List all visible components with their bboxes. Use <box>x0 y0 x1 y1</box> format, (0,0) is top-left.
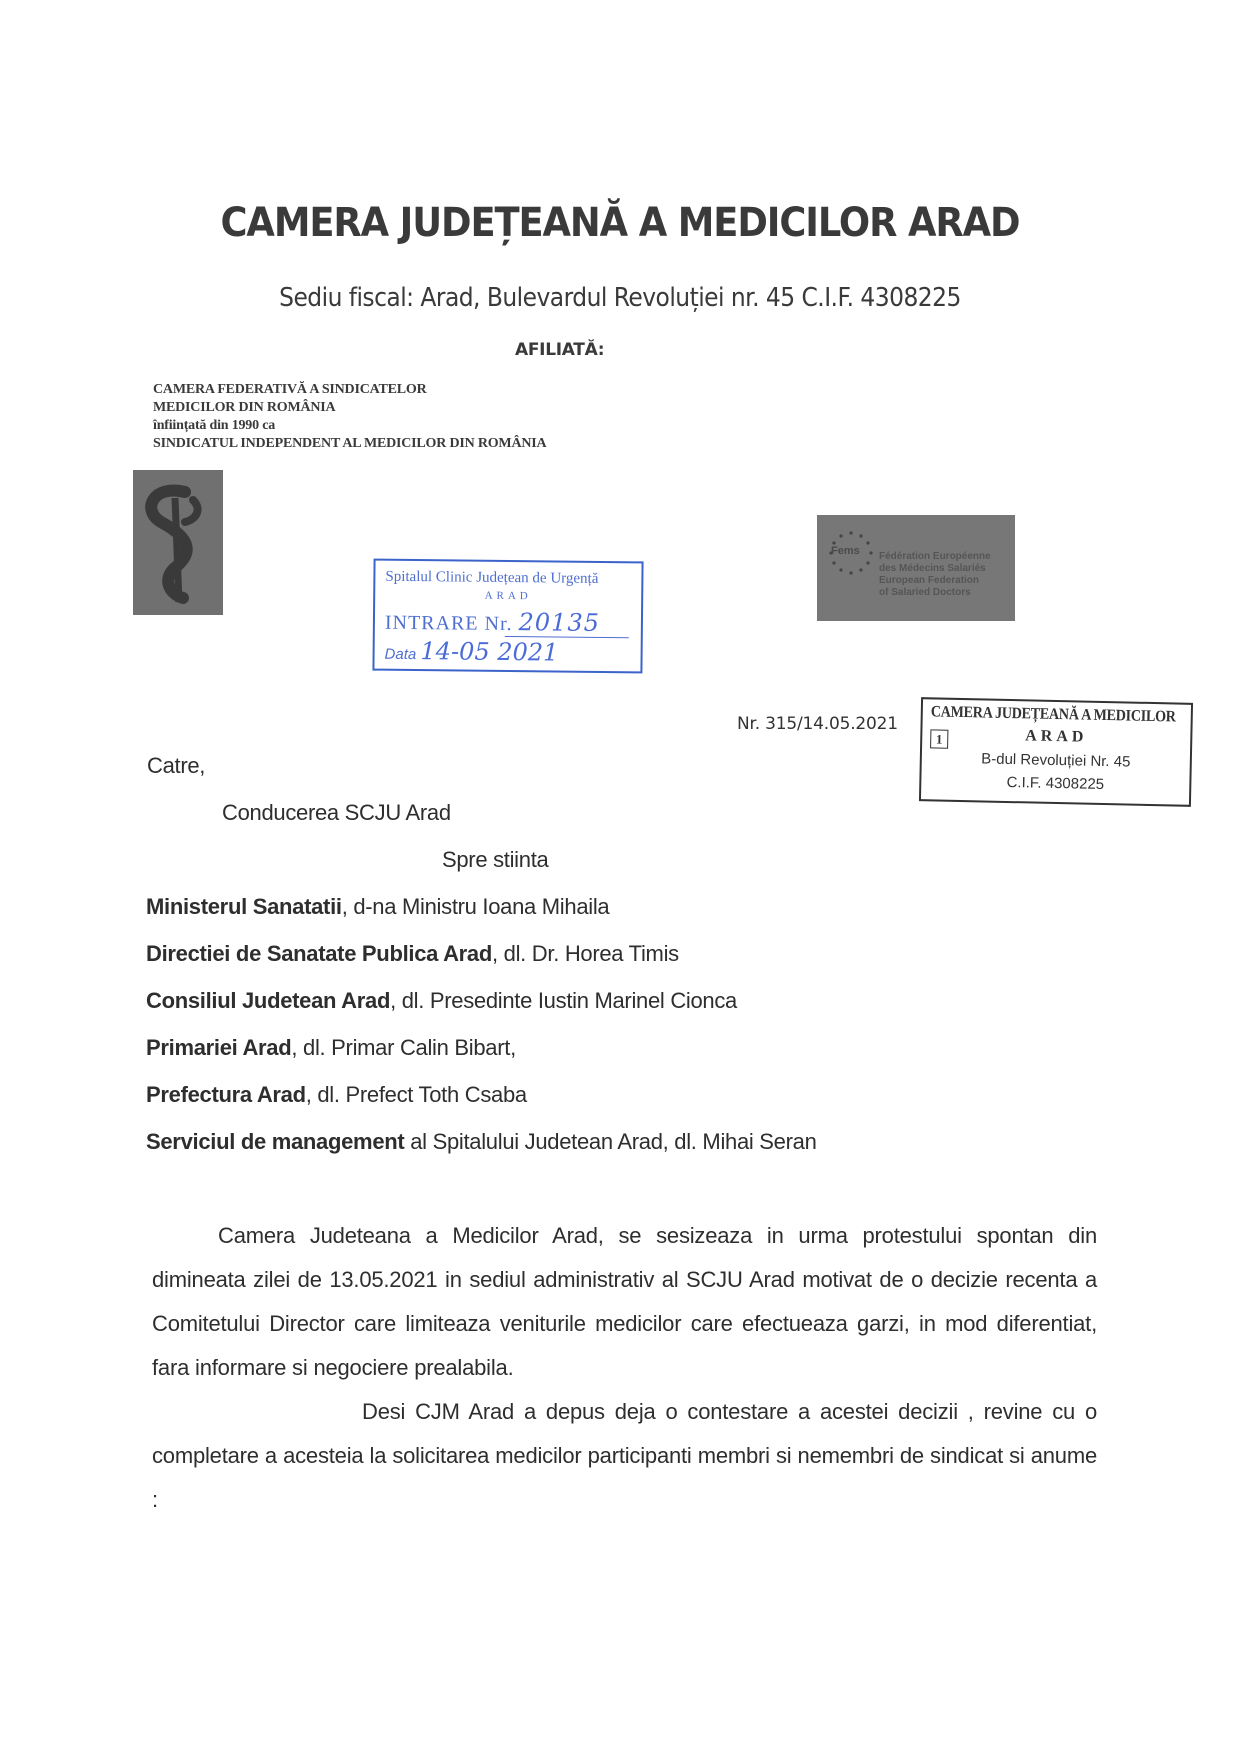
fems-wordmark: Fems <box>831 545 860 557</box>
recipient-person: al Spitalului Judetean Arad, dl. Mihai S… <box>404 1129 816 1154</box>
fems-line: Fédération Européenne <box>879 551 991 563</box>
reference-number: Nr. 315/14.05.2021 <box>737 714 898 734</box>
recipient-person: , dl. Dr. Horea Timis <box>492 941 679 966</box>
recipient-org: Prefectura Arad <box>146 1082 306 1107</box>
fems-line: of Salaried Doctors <box>879 587 991 599</box>
body-paragraph: Desi CJM Arad a depus deja o contestare … <box>152 1390 1097 1522</box>
fems-text: Fédération Européenne des Médecins Salar… <box>879 551 991 599</box>
sender-stamp: CAMERA JUDEȚEANĂ A MEDICILOR 1 ARAD B-du… <box>919 697 1193 807</box>
primary-recipient: Conducerea SCJU Arad <box>222 800 451 826</box>
stamp-entry-line: INTRARE Nr. 20135 <box>385 607 600 637</box>
sender-stamp-cif: C.I.F. 4308225 <box>921 772 1189 795</box>
sender-stamp-city: ARAD <box>922 725 1190 749</box>
recipient-line: Primariei Arad, dl. Primar Calin Bibart, <box>146 1035 516 1061</box>
affiliation-block: CAMERA FEDERATIVĂ A SINDICATELOR MEDICIL… <box>153 381 546 453</box>
recipient-org: Serviciul de management <box>146 1129 404 1154</box>
affiliated-label: AFILIATĂ: <box>515 340 604 360</box>
fems-line: European Federation <box>879 575 991 587</box>
recipient-line: Ministerul Sanatatii, d-na Ministru Ioan… <box>146 894 609 920</box>
caduceus-icon <box>133 470 223 615</box>
stamp-date-value: 14-05 2021 <box>420 637 558 666</box>
registration-stamp: Spitalul Clinic Județean de Urgență ARAD… <box>372 559 643 674</box>
recipient-line: Directiei de Sanatate Publica Arad, dl. … <box>146 941 679 967</box>
stamp-entry-label: INTRARE Nr. <box>385 612 513 635</box>
recipient-person: , dl. Prefect Toth Csaba <box>306 1082 527 1107</box>
affiliation-line: MEDICILOR DIN ROMÂNIA <box>153 399 546 417</box>
recipient-org: Primariei Arad <box>146 1035 291 1060</box>
fems-logo: Fems Fédération Européenne des Médecins … <box>817 515 1015 621</box>
affiliation-line: înființată din 1990 ca <box>153 417 546 435</box>
caduceus-logo <box>133 470 223 615</box>
recipient-org: Directiei de Sanatate Publica Arad <box>146 941 492 966</box>
fems-line: des Médecins Salariés <box>879 563 991 575</box>
stamp-city: ARAD <box>375 589 641 604</box>
sender-stamp-address: B-dul Revoluției Nr. 45 <box>922 749 1190 772</box>
stamp-date-label: Data <box>385 646 417 663</box>
affiliation-line: CAMERA FEDERATIVĂ A SINDICATELOR <box>153 381 546 399</box>
recipient-org: Ministerul Sanatatii <box>146 894 342 919</box>
stamp-entry-number: 20135 <box>518 608 600 637</box>
recipient-line: Serviciul de management al Spitalului Ju… <box>146 1129 817 1155</box>
recipient-person: , dl. Primar Calin Bibart, <box>291 1035 516 1060</box>
cc-label: Spre stiinta <box>442 847 548 873</box>
letterhead-address: Sediu fiscal: Arad, Bulevardul Revoluție… <box>62 283 1178 313</box>
sender-stamp-org: CAMERA JUDEȚEANĂ A MEDICILOR <box>931 703 1176 726</box>
body-paragraph: Camera Judeteana a Medicilor Arad, se se… <box>152 1214 1097 1390</box>
to-label: Catre, <box>147 753 205 779</box>
recipient-line: Prefectura Arad, dl. Prefect Toth Csaba <box>146 1082 527 1108</box>
stamp-hospital-name: Spitalul Clinic Județean de Urgență <box>385 569 598 588</box>
recipient-person: , dl. Presedinte Iustin Marinel Cionca <box>390 988 737 1013</box>
stamp-date-line: Data 14-05 2021 <box>384 637 558 667</box>
affiliation-line: SINDICATUL INDEPENDENT AL MEDICILOR DIN … <box>153 435 546 453</box>
recipient-org: Consiliul Judetean Arad <box>146 988 390 1013</box>
recipient-line: Consiliul Judetean Arad, dl. Presedinte … <box>146 988 737 1014</box>
recipient-person: , d-na Ministru Ioana Mihaila <box>342 894 610 919</box>
letterhead-title: CAMERA JUDEȚEANĂ A MEDICILOR ARAD <box>50 200 1191 246</box>
